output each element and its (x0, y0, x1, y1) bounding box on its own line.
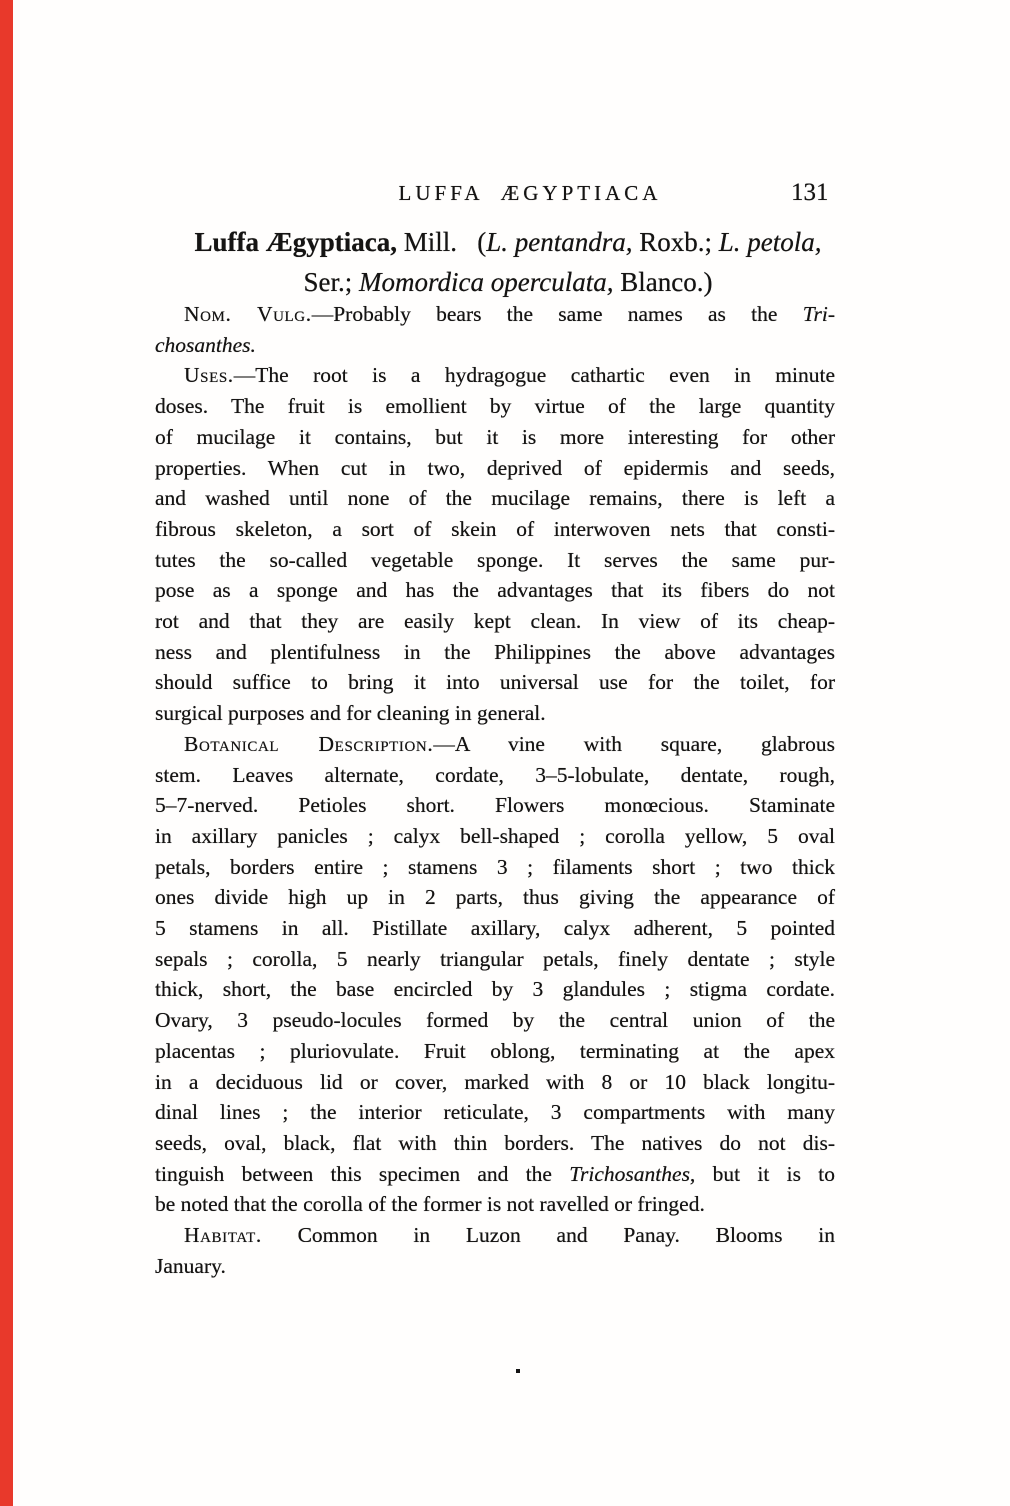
text-line-uses: tutes the so-called vegetable sponge. It… (155, 545, 835, 576)
text-segment-smallcaps: Botanical Description. (184, 732, 433, 756)
text-segment-smallcaps: Habitat. (184, 1223, 262, 1247)
text-segment-plain: and washed until none of the mucilage re… (155, 486, 835, 510)
title-line: Luffa Ægyptiaca, Mill. (L. pentandra, Ro… (163, 222, 853, 262)
text-segment-italic: L. pentandra, (486, 227, 632, 257)
text-line-uses: pose as a sponge and has the advantages … (155, 575, 835, 606)
text-segment-plain: January. (155, 1254, 226, 1278)
text-segment-plain: thick, short, the base encircled by 3 gl… (155, 977, 835, 1001)
text-line-uses: and washed until none of the mucilage re… (155, 483, 835, 514)
text-segment-plain: Blanco.) (614, 267, 713, 297)
text-segment-plain: sepals ; corolla, 5 nearly triangular pe… (155, 947, 835, 971)
text-line-nom-vulg: Nom. Vulg.—Probably bears the same names… (155, 299, 835, 330)
scanned-book-page: LUFFA ÆGYPTIACA 131 Luffa Ægyptiaca, Mil… (0, 0, 1010, 1506)
text-segment-plain: properties. When cut in two, deprived of… (155, 456, 835, 480)
text-line-botanical-description: stem. Leaves alternate, cordate, 3–5-lob… (155, 760, 835, 791)
text-segment-plain: —The root is a hydragogue cathartic even… (234, 363, 835, 387)
text-segment-plain: 5 stamens in all. Pistillate axillary, c… (155, 916, 835, 940)
text-line-uses: doses. The fruit is emollient by virtue … (155, 391, 835, 422)
text-segment-plain: rot and that they are easily kept clean.… (155, 609, 835, 633)
text-line-botanical-description: tinguish between this specimen and the T… (155, 1159, 835, 1190)
text-segment-italic: chosanthes. (155, 333, 256, 357)
text-segment-italic: Tri- (803, 302, 835, 326)
text-segment-plain: tutes the so-called vegetable sponge. It… (155, 548, 835, 572)
text-segment-plain: —A vine with square, glabrous (433, 732, 835, 756)
text-line-botanical-description: 5–7-nerved. Petioles short. Flowers monœ… (155, 790, 835, 821)
text-segment-smallcaps: Nom. Vulg. (184, 302, 312, 326)
text-line-botanical-description: dinal lines ; the interior reticulate, 3… (155, 1097, 835, 1128)
text-segment-plain: seeds, oval, black, flat with thin borde… (155, 1131, 835, 1155)
text-segment-plain: ones divide high up in 2 parts, thus giv… (155, 885, 835, 909)
running-header: LUFFA ÆGYPTIACA (399, 181, 662, 206)
text-segment-italic: Momordica operculata, (359, 267, 613, 297)
text-segment-italic: Trichosanthes, (569, 1162, 695, 1186)
text-segment-plain: petals, borders entire ; stamens 3 ; fil… (155, 855, 835, 879)
text-line-botanical-description: sepals ; corolla, 5 nearly triangular pe… (155, 944, 835, 975)
page-number: 131 (791, 179, 829, 207)
text-segment-plain: be noted that the corolla of the former … (155, 1192, 705, 1216)
text-segment-plain: placentas ; pluriovulate. Fruit oblong, … (155, 1039, 835, 1063)
text-segment-plain: in axillary panicles ; calyx bell-shaped… (155, 824, 835, 848)
text-segment-plain: stem. Leaves alternate, cordate, 3–5-lob… (155, 763, 835, 787)
body-text: Nom. Vulg.—Probably bears the same names… (155, 299, 835, 1282)
text-segment-plain: should suffice to bring it into universa… (155, 670, 835, 694)
title-line: Ser.; Momordica operculata, Blanco.) (163, 262, 853, 302)
text-segment-bold: Luffa Ægyptiaca, (194, 227, 397, 257)
text-line-uses: ness and plentifulness in the Philippine… (155, 637, 835, 668)
text-line-habitat: Habitat. Common in Luzon and Panay. Bloo… (155, 1220, 835, 1251)
text-line-botanical-description: be noted that the corolla of the former … (155, 1189, 835, 1220)
text-line-uses: Uses.—The root is a hydragogue cathartic… (155, 360, 835, 391)
text-line-botanical-description: in a deciduous lid or cover, marked with… (155, 1067, 835, 1098)
text-segment-plain: fibrous skeleton, a sort of skein of int… (155, 517, 835, 541)
text-line-uses: surgical purposes and for cleaning in ge… (155, 698, 835, 729)
text-line-uses: should suffice to bring it into universa… (155, 667, 835, 698)
text-segment-plain: pose as a sponge and has the advantages … (155, 578, 835, 602)
species-title: Luffa Ægyptiaca, Mill. (L. pentandra, Ro… (163, 222, 853, 302)
text-segment-plain: tinguish between this specimen and the (155, 1162, 569, 1186)
text-line-uses: fibrous skeleton, a sort of skein of int… (155, 514, 835, 545)
text-line-botanical-description: ones divide high up in 2 parts, thus giv… (155, 882, 835, 913)
text-segment-plain: Ovary, 3 pseudo-locules formed by the ce… (155, 1008, 835, 1032)
text-line-botanical-description: Ovary, 3 pseudo-locules formed by the ce… (155, 1005, 835, 1036)
text-line-nom-vulg: chosanthes. (155, 330, 835, 361)
book-edge-strip (0, 0, 13, 1506)
text-segment-plain: Roxb.; (633, 227, 719, 257)
text-segment-plain: in a deciduous lid or cover, marked with… (155, 1070, 835, 1094)
ink-speck (516, 1369, 520, 1373)
text-line-botanical-description: in axillary panicles ; calyx bell-shaped… (155, 821, 835, 852)
text-line-uses: rot and that they are easily kept clean.… (155, 606, 835, 637)
text-segment-plain: but it is to (695, 1162, 835, 1186)
text-line-botanical-description: thick, short, the base encircled by 3 gl… (155, 974, 835, 1005)
text-segment-smallcaps: Uses. (184, 363, 234, 387)
text-line-uses: of mucilage it contains, but it is more … (155, 422, 835, 453)
text-segment-plain: Common in Luzon and Panay. Blooms in (262, 1223, 835, 1247)
text-segment-plain: dinal lines ; the interior reticulate, 3… (155, 1100, 835, 1124)
text-line-botanical-description: seeds, oval, black, flat with thin borde… (155, 1128, 835, 1159)
text-segment-italic: L. petola, (719, 227, 822, 257)
text-segment-plain: 5–7-nerved. Petioles short. Flowers monœ… (155, 793, 835, 817)
text-segment-plain: doses. The fruit is emollient by virtue … (155, 394, 835, 418)
text-segment-plain: surgical purposes and for cleaning in ge… (155, 701, 546, 725)
text-segment-plain: Mill. ( (397, 227, 486, 257)
text-line-uses: properties. When cut in two, deprived of… (155, 453, 835, 484)
text-line-botanical-description: Botanical Description.—A vine with squar… (155, 729, 835, 760)
text-segment-plain: of mucilage it contains, but it is more … (155, 425, 835, 449)
text-segment-plain: Ser.; (304, 267, 360, 297)
text-line-botanical-description: placentas ; pluriovulate. Fruit oblong, … (155, 1036, 835, 1067)
text-segment-plain: ness and plentifulness in the Philippine… (155, 640, 835, 664)
text-line-botanical-description: 5 stamens in all. Pistillate axillary, c… (155, 913, 835, 944)
text-segment-plain: —Probably bears the same names as the (312, 302, 803, 326)
text-line-botanical-description: petals, borders entire ; stamens 3 ; fil… (155, 852, 835, 883)
text-line-habitat: January. (155, 1251, 835, 1282)
